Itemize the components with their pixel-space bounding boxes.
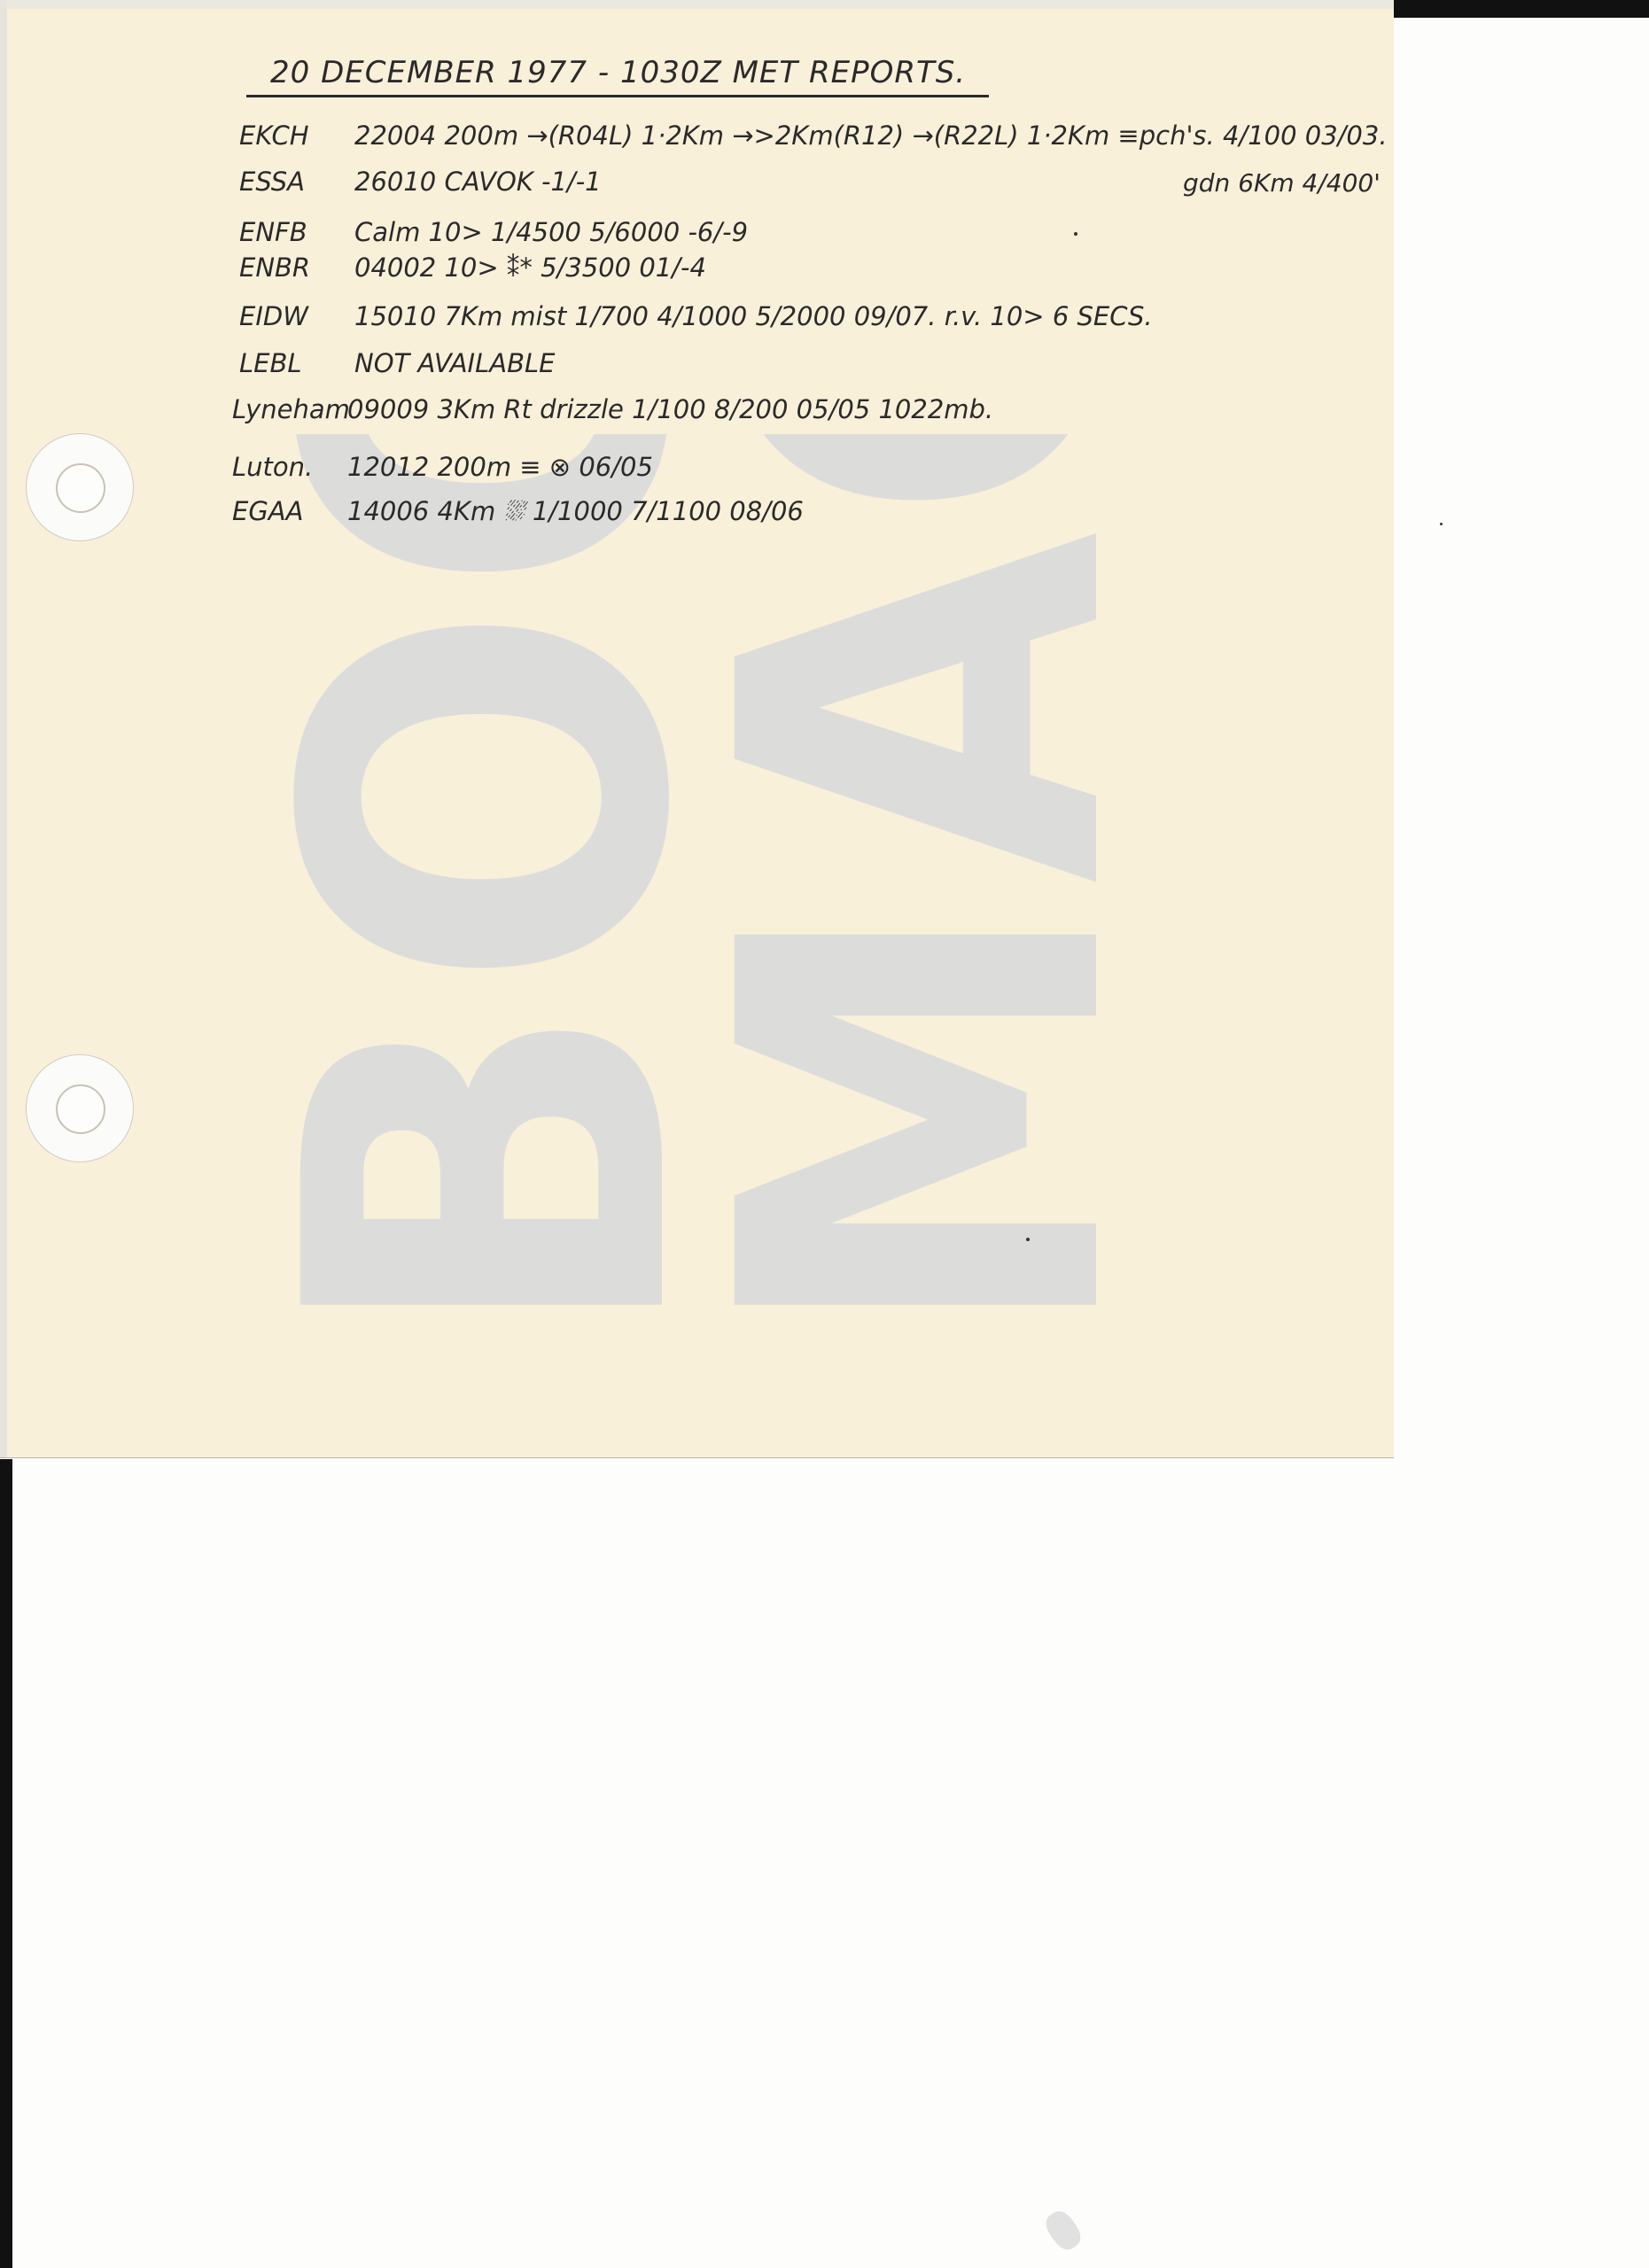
report-text: NOT AVAILABLE <box>354 348 555 378</box>
report-row: Luton.12012 200m ≡ ⊗ 06/05 <box>232 452 653 482</box>
scanner-edge-top-right <box>1391 0 1649 18</box>
report-row: ENFBCalm 10> 1/4500 5/6000 -6/-9 <box>239 217 748 247</box>
title-underline <box>246 95 989 97</box>
station-code: LEBL <box>239 348 354 378</box>
station-code: Lyneham <box>232 394 347 424</box>
station-code: EGAA <box>232 496 347 526</box>
report-row: ESSA26010 CAVOK -1/-1 <box>239 167 602 197</box>
paper-sheet: BOOK MAGIC 20 DECEMBER 1977 - 1030Z MET … <box>0 0 1394 1458</box>
paper-speck <box>1074 232 1077 236</box>
scanner-edge-left <box>0 1459 12 2268</box>
report-row: EIDW15010 7Km mist 1/700 4/1000 5/2000 0… <box>239 301 1153 331</box>
station-code: Luton. <box>232 452 347 482</box>
report-text: 14006 4Km ⛆ 1/1000 7/1100 08/06 <box>347 496 804 526</box>
station-code: ESSA <box>239 167 354 197</box>
report-text: 22004 200m →(R04L) 1·2Km →>2Km(R12) →(R2… <box>354 120 1388 151</box>
scan-smudge <box>1041 2206 1085 2254</box>
report-text: 15010 7Km mist 1/700 4/1000 5/2000 09/07… <box>354 301 1153 331</box>
station-code: EIDW <box>239 301 354 331</box>
report-text: Calm 10> 1/4500 5/6000 -6/-9 <box>354 217 748 247</box>
paper-speck <box>1026 1238 1030 1241</box>
report-text: 12012 200m ≡ ⊗ 06/05 <box>347 452 653 482</box>
report-row: EKCH22004 200m →(R04L) 1·2Km →>2Km(R12) … <box>239 120 1388 151</box>
station-code: ENFB <box>239 217 354 247</box>
watermark-word-2: MAGIC <box>727 434 1116 1347</box>
watermark: BOOK MAGIC <box>266 434 1116 1355</box>
watermark-word-1: BOOK <box>292 434 689 1347</box>
station-code: EKCH <box>239 120 354 151</box>
binder-hole-icon <box>26 1054 134 1162</box>
station-code: ENBR <box>239 252 354 283</box>
page-title: 20 DECEMBER 1977 - 1030Z MET REPORTS. <box>270 55 966 90</box>
report-row: Lyneham09009 3Km Rt drizzle 1/100 8/200 … <box>232 394 993 424</box>
binder-hole-icon <box>26 433 134 541</box>
report-text: 26010 CAVOK -1/-1 <box>354 167 602 197</box>
report-text: 09009 3Km Rt drizzle 1/100 8/200 05/05 1… <box>347 394 993 424</box>
report-continuation: gdn 6Km 4/400' <box>1183 168 1381 198</box>
report-row: ENBR04002 10> ⁑* 5/3500 01/-4 <box>239 252 706 283</box>
report-text: 04002 10> ⁑* 5/3500 01/-4 <box>354 252 706 283</box>
scan-speck <box>1440 523 1443 525</box>
report-row: EGAA14006 4Km ⛆ 1/1000 7/1100 08/06 <box>232 496 804 527</box>
report-row: LEBLNOT AVAILABLE <box>239 348 555 378</box>
